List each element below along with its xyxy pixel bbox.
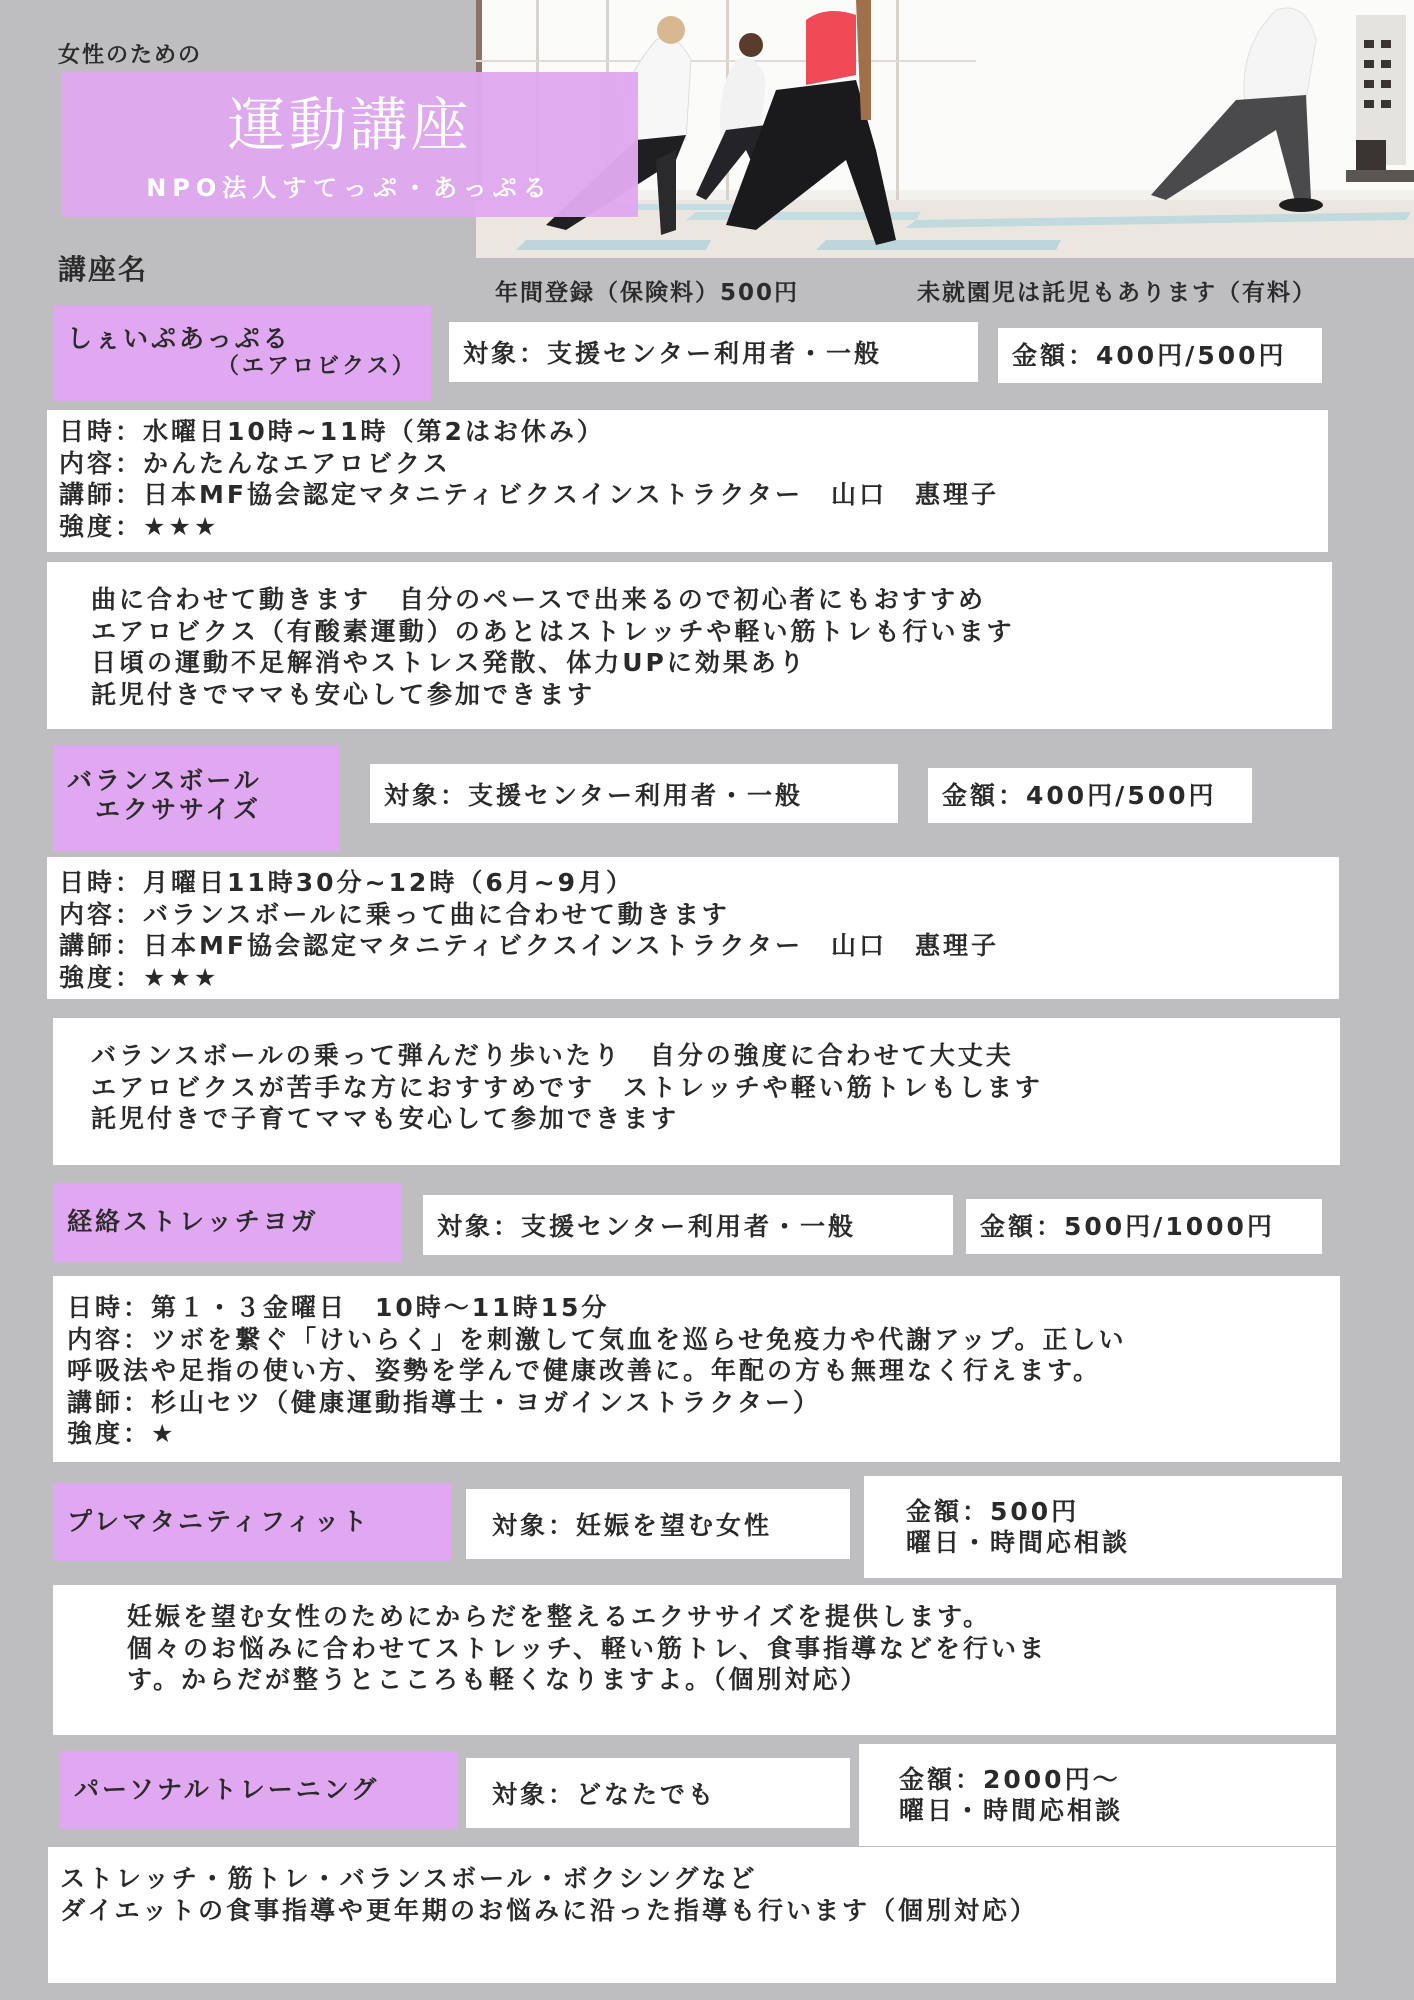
course-name-balance-ball: バランスボール エクササイズ bbox=[53, 745, 340, 851]
organization-name: NPO法人すてっぷ・あっぷる bbox=[61, 168, 638, 203]
description-line: 日頃の運動不足解消やストレス発散、体力UPに効果あり bbox=[91, 647, 1288, 679]
target-box: 対象：支援センター利用者・一般 bbox=[370, 764, 898, 823]
fee-box: 金額：400円/500円 bbox=[928, 768, 1252, 823]
detail-content: 内容：バランスボールに乗って曲に合わせて動きます bbox=[59, 899, 1327, 931]
registration-note: 年間登録（保険料）500円 bbox=[495, 274, 799, 307]
description-line: 託児付きで子育てママも安心して参加できます bbox=[91, 1103, 1302, 1135]
detail-instructor: 講師：日本MF協会認定マタニティビクスインストラクター 山口 惠理子 bbox=[59, 930, 1327, 962]
target-box: 対象：支援センター利用者・一般 bbox=[423, 1195, 953, 1255]
course-name-line1: プレマタニティフィット bbox=[67, 1508, 370, 1537]
kicker-text: 女性のための bbox=[58, 38, 202, 69]
fee-box: 金額：2000円～ 曜日・時間応相談 bbox=[859, 1744, 1336, 1846]
detail-content-cont: 呼吸法や足指の使い方、姿勢を学んで健康改善に。年配の方も無理なく行えます。 bbox=[67, 1355, 1326, 1387]
course-name-heading: 講座名 bbox=[58, 248, 148, 288]
fee-box: 金額：500円/1000円 bbox=[966, 1199, 1322, 1254]
course-description: 妊娠を望む女性のためにからだを整えるエクササイズを提供します。個々のお悩みに合わ… bbox=[53, 1585, 1336, 1735]
fee-text: 金額：2000円～ bbox=[899, 1764, 1322, 1795]
course-name-personal-training: パーソナルトレーニング bbox=[60, 1751, 458, 1829]
course-name-line1: しぇいぷあっぷる bbox=[67, 325, 417, 354]
course-details: 日時：水曜日10時~11時（第2はお休み）内容：かんたんなエアロビクス講師：日本… bbox=[47, 410, 1328, 552]
description-line: 託児付きでママも安心して参加できます bbox=[91, 679, 1288, 711]
page-title: 運動講座 bbox=[61, 78, 638, 162]
detail-schedule: 日時：月曜日11時30分~12時（6月~9月） bbox=[59, 867, 1327, 899]
detail-intensity: 強度：★★★ bbox=[59, 962, 1327, 994]
detail-intensity: 強度：★★★ bbox=[59, 511, 1316, 543]
course-description: ストレッチ・筋トレ・バランスボール・ボクシングなどダイエットの食事指導や更年期の… bbox=[48, 1847, 1336, 1983]
course-name-meridian-yoga: 経絡ストレッチヨガ bbox=[53, 1183, 402, 1262]
course-description: 曲に合わせて動きます 自分のペースで出来るので初心者にもおすすめエアロビクス（有… bbox=[47, 562, 1332, 729]
course-name-line2: エクササイズ bbox=[67, 796, 326, 825]
fee-text: 金額：400円/500円 bbox=[1012, 340, 1308, 371]
course-name-shapeapple: しぇいぷあっぷる （エアロビクス） bbox=[53, 305, 431, 401]
course-name-line1: パーソナルトレーニング bbox=[74, 1776, 379, 1805]
course-name-line2: （エアロビクス） bbox=[67, 354, 417, 379]
fee-box: 金額：500円 曜日・時間応相談 bbox=[864, 1476, 1342, 1578]
fee-text: 金額：500円/1000円 bbox=[980, 1211, 1308, 1242]
target-box: 対象：妊娠を望む女性 bbox=[466, 1489, 850, 1559]
course-details: 日時：第１・３金曜日 10時～11時15分内容：ツボを繋ぐ「けいらく」を刺激して… bbox=[53, 1276, 1340, 1462]
course-name-line1: 経絡ストレッチヨガ bbox=[67, 1208, 319, 1237]
description-line: ストレッチ・筋トレ・バランスボール・ボクシングなど bbox=[60, 1863, 1324, 1895]
detail-instructor: 講師：日本MF協会認定マタニティビクスインストラクター 山口 惠理子 bbox=[59, 479, 1316, 511]
childcare-note: 未就園児は託児もあります（有料） bbox=[917, 274, 1317, 307]
course-name-line1: バランスボール bbox=[67, 767, 326, 796]
description-line: 個々のお悩みに合わせてストレッチ、軽い筋トレ、食事指導などを行いま bbox=[127, 1633, 1262, 1665]
course-details: 日時：月曜日11時30分~12時（6月~9月）内容：バランスボールに乗って曲に合… bbox=[47, 857, 1339, 999]
detail-schedule: 日時：水曜日10時~11時（第2はお休み） bbox=[59, 416, 1316, 448]
description-line: バランスボールの乗って弾んだり歩いたり 自分の強度に合わせて大丈夫 bbox=[91, 1040, 1302, 1072]
detail-content: 内容：かんたんなエアロビクス bbox=[59, 448, 1316, 480]
description-line: ダイエットの食事指導や更年期のお悩みに沿った指導も行います（個別対応） bbox=[60, 1895, 1324, 1927]
schedule-text: 曜日・時間応相談 bbox=[906, 1527, 1328, 1558]
description-line: エアロビクスが苦手な方におすすめです ストレッチや軽い筋トレもします bbox=[91, 1072, 1302, 1104]
schedule-text: 曜日・時間応相談 bbox=[899, 1795, 1322, 1826]
description-line: す。からだが整うとこころも軽くなりますよ。（個別対応） bbox=[127, 1664, 1262, 1696]
detail-schedule: 日時：第１・３金曜日 10時～11時15分 bbox=[67, 1292, 1326, 1324]
fee-text: 金額：400円/500円 bbox=[942, 780, 1238, 811]
fee-box: 金額：400円/500円 bbox=[998, 328, 1322, 383]
fee-text: 金額：500円 bbox=[906, 1496, 1328, 1527]
target-box: 対象：支援センター利用者・一般 bbox=[449, 322, 978, 382]
title-banner: 運動講座 NPO法人すてっぷ・あっぷる bbox=[61, 72, 638, 217]
detail-content: 内容：ツボを繋ぐ「けいらく」を刺激して気血を巡らせ免疫力や代謝アップ。正しい bbox=[67, 1324, 1326, 1356]
course-description: バランスボールの乗って弾んだり歩いたり 自分の強度に合わせて大丈夫エアロビクスが… bbox=[53, 1018, 1340, 1165]
description-line: 曲に合わせて動きます 自分のペースで出来るので初心者にもおすすめ bbox=[91, 584, 1288, 616]
target-box: 対象：どなたでも bbox=[466, 1758, 850, 1828]
detail-instructor: 講師：杉山セツ（健康運動指導士・ヨガインストラクター） bbox=[67, 1387, 1326, 1419]
detail-intensity: 強度：★ bbox=[67, 1418, 1326, 1450]
description-line: エアロビクス（有酸素運動）のあとはストレッチや軽い筋トレも行います bbox=[91, 616, 1288, 648]
description-line: 妊娠を望む女性のためにからだを整えるエクササイズを提供します。 bbox=[127, 1601, 1262, 1633]
course-name-pre-maternity: プレマタニティフィット bbox=[53, 1483, 451, 1561]
